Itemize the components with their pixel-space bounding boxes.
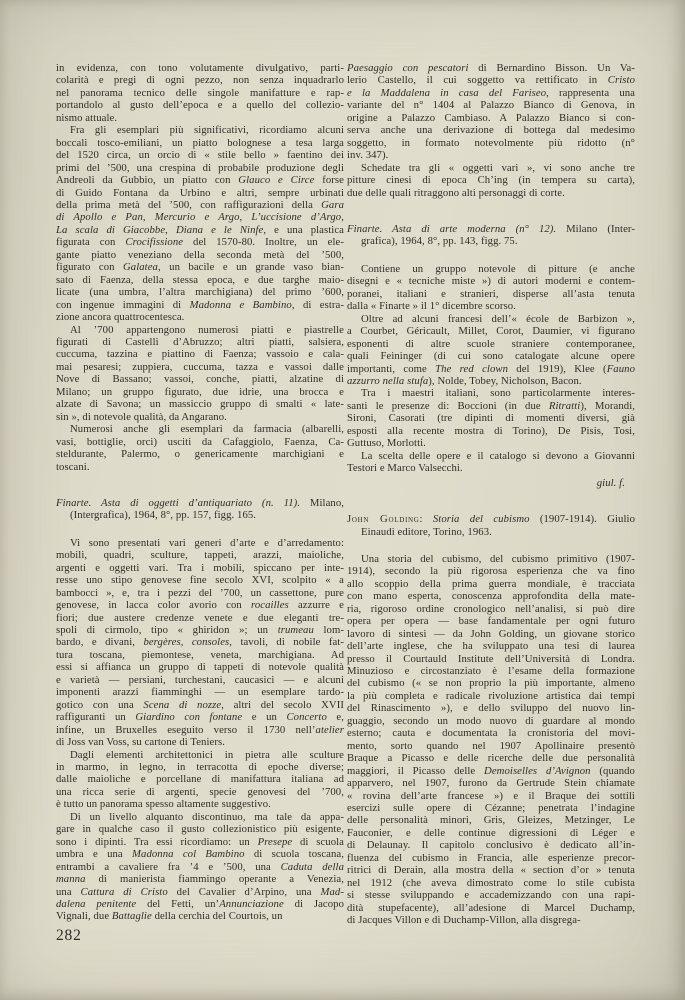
- paragraph: Tra i maestri italiani, sono particolarm…: [347, 387, 635, 449]
- text-line: due delle quali ritraggono alti personag…: [347, 187, 635, 199]
- text-line: lerio Castello, il cui soggetto va retti…: [347, 74, 635, 86]
- paragraph: Oltre ad alcuni francesi dell’« école de…: [347, 313, 635, 388]
- text-line: lavoro di sintesi — da John Golding, un …: [347, 628, 635, 640]
- text-line: Milano; un gruppo figurato, due idrie, u…: [56, 386, 344, 398]
- text-line: sono i dipinti. Tra essi ricordiamo: un …: [56, 836, 344, 848]
- paragraph: Dagli elementi architettonici in pietra …: [56, 749, 344, 811]
- paragraph: Paesaggio con pescatori di Bernardino Bi…: [347, 62, 635, 162]
- text-line: e varietà — persiani, turchestani, cauca…: [56, 674, 344, 686]
- paragraph: Contiene un gruppo notevole di pitture (…: [347, 263, 635, 313]
- text-line: Finarte. Asta di oggetti d’antiquariato …: [56, 497, 344, 509]
- text-line: maggiori, il Picasso delle Demoiselles d…: [347, 765, 635, 777]
- text-line: dell’arte inglese, che ha sviluppato una…: [347, 640, 635, 652]
- text-line: (Intergrafica), 1964, 8°, pp. 157, figg.…: [56, 509, 344, 521]
- text-line: Sironi, Casorati (tre dipinti di momenti…: [347, 412, 635, 424]
- text-line: spoli di cirmolo, tipo « ghiridon »; un …: [56, 624, 344, 636]
- text-line: bardo, e divani, bergères, consoles, tav…: [56, 636, 344, 648]
- text-line: Contiene un gruppo notevole di pitture (…: [347, 263, 635, 275]
- text-line: entrambi a cavaliere fra ’4 e ’500, una …: [56, 861, 344, 873]
- paragraph: La scelta delle opere e il catalogo si d…: [347, 450, 635, 475]
- paragraph: Numerosi anche gli esemplari da farmacia…: [56, 423, 344, 473]
- text-line: argenti e oggetti vari. Tra i mobili, sp…: [56, 562, 344, 574]
- bibliography-entry: Finarte. Asta di oggetti d’antiquariato …: [56, 497, 344, 522]
- text-line: gotico con una Scena di nozze, altri del…: [56, 699, 344, 711]
- text-line: nel 1912 (che aveva dimostrato come lo s…: [347, 877, 635, 889]
- text-line: disegni e « tecniche miste ») di autori …: [347, 275, 635, 287]
- text-line: 1914), secondo la più rigorosa esperienz…: [347, 565, 635, 577]
- text-line: tura toscana, piemontese, veneta, marchi…: [56, 649, 344, 661]
- text-line: Finarte. Asta di arte moderna (n° 12). M…: [347, 223, 635, 235]
- text-line: gare in qualche caso il gusto collezioni…: [56, 823, 344, 835]
- text-line: è tutto un panorama spesso altamente sug…: [56, 798, 344, 810]
- text-line: di Joss van Voss, su cartone di Teniers.: [56, 736, 344, 748]
- text-line: variante del n° 1404 al Palazzo Bianco d…: [347, 99, 635, 111]
- text-line: con mano esperta, conoscenza approfondit…: [347, 590, 635, 602]
- text-line: soggetto, in formato notevolmente più ri…: [347, 137, 635, 149]
- paragraph: Di un livello alquanto discontinuo, ma t…: [56, 811, 344, 923]
- text-line: di Delaunay. Il capitolo conclusivo è de…: [347, 839, 635, 851]
- bibliography-entry: Finarte. Asta di arte moderna (n° 12). M…: [347, 223, 635, 248]
- text-line: pitture cinesi di epoca Ch’ing (in tempe…: [347, 174, 635, 186]
- text-line: Dagli elementi architettonici in pietra …: [56, 749, 344, 761]
- right-column: Paesaggio con pescatori di Bernardino Bi…: [347, 62, 635, 927]
- text-line: colarità e pregi di ogni pezzo, non senz…: [56, 74, 344, 86]
- text-line: figurato con Galatea, un bacile e un gra…: [56, 261, 344, 273]
- text-line: esterno; cauta e documentata la cronisto…: [347, 727, 635, 739]
- text-line: a Courbet, Géricault, Millet, Corot, Dau…: [347, 325, 635, 337]
- text-line: quali Feininger (di cui sono catalogate …: [347, 350, 635, 362]
- text-line: toscani.: [56, 461, 344, 473]
- text-line: vasi, bottiglie, orci) usciti da Cafaggi…: [56, 436, 344, 448]
- text-line: genovese, in lacca color avorio con roca…: [56, 599, 344, 611]
- text-line: e la Maddalena in casa del Fariseo, rapp…: [347, 87, 635, 99]
- text-line: la più completa e radicale rivoluzione a…: [347, 690, 635, 702]
- text-line: ria, rigoroso ordine cronologico nell’an…: [347, 603, 635, 615]
- text-line: boccali tosco-emiliani, un piatto bologn…: [56, 137, 344, 149]
- page-number: 282: [56, 927, 82, 945]
- text-line: Testori e Marco Valsecchi.: [347, 462, 635, 474]
- text-line: importanti, come The red clown del 1919)…: [347, 363, 635, 375]
- text-line: steldurante, Palermo, o genericamente ma…: [56, 448, 344, 460]
- text-line: fiori; due austere credenze venete e due…: [56, 612, 344, 624]
- text-line: gante piatto veneziano della seconda met…: [56, 249, 344, 261]
- reviewer-signature: giul. f.: [347, 477, 635, 489]
- text-line: manna di manierista fiammingo operante a…: [56, 873, 344, 885]
- text-line: mento, sorto quando nel 1907 Apollinaire…: [347, 740, 635, 752]
- text-line: del Rinascimento »), e dello sviluppo de…: [347, 702, 635, 714]
- scanned-journal-page: in evidenza, con tono volutamente divulg…: [0, 0, 685, 1000]
- text-line: di Guido Fontana da Urbino e altri, semp…: [56, 187, 344, 199]
- text-line: apparvero, nel 1907, furono da Gertrude …: [347, 777, 635, 789]
- text-line: guaggio, secondo un modo nuovo di guarda…: [347, 715, 635, 727]
- paragraph: Fra gli esemplari più significativi, ric…: [56, 124, 344, 323]
- text-line: infine, un Bruxelles eseguito verso il 1…: [56, 724, 344, 736]
- text-line: Braque a Picasso e delle ricerche delle …: [347, 752, 635, 764]
- text-line: Vi sono presentati vari generi d’arte e …: [56, 537, 344, 549]
- text-line: figurata con Crocifissione del 1570-80. …: [56, 236, 344, 248]
- text-line: zione ancora quattrocentesca.: [56, 311, 344, 323]
- text-line: serva anche una derivazione di bottega d…: [347, 124, 635, 136]
- text-line: John Golding: Storia del cubismo (1907-1…: [347, 513, 635, 525]
- text-line: dità stupefacente), all’adesione di Marc…: [347, 902, 635, 914]
- text-line: dalena penitente del Fetti, un’Annunciaz…: [56, 898, 344, 910]
- text-line: « rovina dell’arte francese ») e il Braq…: [347, 790, 635, 802]
- paragraph: Una storia del cubismo, del cubismo prim…: [347, 553, 635, 927]
- text-line: in marmo, in legno, in terracotta di epo…: [56, 761, 344, 773]
- text-line: delle personalità minori, Gris, Gleizes,…: [347, 814, 635, 826]
- text-line: del cubismo (« se non proprio la più imp…: [347, 677, 635, 689]
- text-line: santi le presenze di: Boccioni (in due R…: [347, 400, 635, 412]
- text-line: Paesaggio con pescatori di Bernardino Bi…: [347, 62, 635, 74]
- text-line: una Cattura di Cristo del Cavalier d’Arp…: [56, 886, 344, 898]
- text-line: licate (una umbra, l’altra marchigiana) …: [56, 286, 344, 298]
- text-line: Guttuso, Morlotti.: [347, 437, 635, 449]
- left-column: in evidenza, con tono volutamente divulg…: [56, 62, 344, 923]
- text-line: esercizi sulle opere di Cézanne; penetra…: [347, 802, 635, 814]
- text-line: sato di Faenza, della stessa epoca, e du…: [56, 274, 344, 286]
- text-line: giul. f.: [347, 477, 635, 489]
- text-line: resse uno stipo genovese fine secolo XVI…: [56, 574, 344, 586]
- text-line: Fra gli esemplari più significativi, ric…: [56, 124, 344, 136]
- text-line: in evidenza, con tono volutamente divulg…: [56, 62, 344, 74]
- text-line: Vignali, due Battaglie della cerchia del…: [56, 910, 344, 922]
- paragraph: in evidenza, con tono volutamente divulg…: [56, 62, 344, 124]
- text-line: Fauconier, e delle continue digressioni …: [347, 827, 635, 839]
- text-line: figurati di Castelli d’Abruzzo; altri pi…: [56, 336, 344, 348]
- text-line: Tra i maestri italiani, sono particolarm…: [347, 387, 635, 399]
- text-line: esposti alla recente mostra di Torino), …: [347, 425, 635, 437]
- text-line: una ricca serie di argenti, specie genov…: [56, 786, 344, 798]
- text-line: allo scoppio della prima guerra mondiale…: [347, 578, 635, 590]
- text-line: sìn », di notevole qualità, da Angarano.: [56, 411, 344, 423]
- text-line: dalle maioliche e porcellane di manifatt…: [56, 773, 344, 785]
- text-line: esponenti di altre scuole straniere cont…: [347, 338, 635, 350]
- text-line: ritrici di Derain, alla mostra della « s…: [347, 864, 635, 876]
- text-line: della prima metà del ’500, con raffigura…: [56, 199, 344, 211]
- text-line: poranei, italiani e stranieri, disperse …: [347, 288, 635, 300]
- text-line: Una storia del cubismo, del cubismo prim…: [347, 553, 635, 565]
- text-line: azzurro nella stufa), Nolde, Tobey, Nich…: [347, 375, 635, 387]
- paragraph: Vi sono presentati vari generi d’arte e …: [56, 537, 344, 749]
- text-line: origine a Palazzo Cambiaso. A Palazzo Bi…: [347, 112, 635, 124]
- text-line: portandolo al gusto dell’epoca e a quell…: [56, 99, 344, 111]
- text-line: La scala di Giacobbe, Diana e le Ninfe, …: [56, 224, 344, 236]
- text-line: di Jacques Villon e di Duchamp-Villon, a…: [347, 914, 635, 926]
- text-line: mai pesaresi; zuppiera, cuccuma, tazza e…: [56, 361, 344, 373]
- bibliography-entry: John Golding: Storia del cubismo (1907-1…: [347, 513, 635, 538]
- text-line: raffiguranti un Giardino con fontane e u…: [56, 711, 344, 723]
- text-line: nismo attuale.: [56, 112, 344, 124]
- text-line: di Apollo e Pan, Mercurio e Argo, L’ucci…: [56, 211, 344, 223]
- text-line: mobili, quadri, sculture, tappeti, arazz…: [56, 549, 344, 561]
- text-line: del 1520 circa, un orcio di « stile bell…: [56, 149, 344, 161]
- text-line: Nove di Bassano; vassoi, conche, piatti,…: [56, 373, 344, 385]
- paragraph: Schedate tra gli « oggetti vari », vi so…: [347, 162, 635, 199]
- text-line: imponenti arazzi fiamminghi — un esempla…: [56, 686, 344, 698]
- text-line: Numerosi anche gli esemplari da farmacia…: [56, 423, 344, 435]
- text-line: Di un livello alquanto discontinuo, ma t…: [56, 811, 344, 823]
- text-line: essi si affianca un gruppo di tappeti di…: [56, 661, 344, 673]
- text-line: nel panorama tecnico delle singole manif…: [56, 87, 344, 99]
- text-line: opera per opera — base fandamentale per …: [347, 615, 635, 627]
- text-line: Schedate tra gli « oggetti vari », vi so…: [347, 162, 635, 174]
- text-line: Oltre ad alcuni francesi dell’« école de…: [347, 313, 635, 325]
- text-line: con ingenue immagini di Madonna e Bambin…: [56, 299, 344, 311]
- text-line: presso il Courtauld Institute dell’Unive…: [347, 653, 635, 665]
- text-line: bambocci », e, tra i pezzi del ’700, un …: [56, 587, 344, 599]
- text-line: La scelta delle opere e il catalogo si d…: [347, 450, 635, 462]
- text-line: dalla « Finarte » il 1° dicembre scorso.: [347, 300, 635, 312]
- text-line: umbra e una Madonna col Bambino di scuol…: [56, 848, 344, 860]
- text-line: Einaudi editore, Torino, 1963.: [347, 526, 635, 538]
- text-line: inv. 347).: [347, 149, 635, 161]
- text-line: primi del ’500, una crespina di probabil…: [56, 162, 344, 174]
- text-line: Andreoli da Gubbio, un piatto con Glauco…: [56, 174, 344, 186]
- text-line: Minuzioso e circostanziato è l’esame del…: [347, 665, 635, 677]
- text-line: cuccuma, tazzina e piattino di Faenza; v…: [56, 348, 344, 360]
- text-line: fluenza del cubismo in Francia, alle esp…: [347, 852, 635, 864]
- paragraph: Al ’700 appartengono numerosi piatti e p…: [56, 324, 344, 424]
- text-line: si stesse sviluppando e accademizzando c…: [347, 889, 635, 901]
- text-line: Al ’700 appartengono numerosi piatti e p…: [56, 324, 344, 336]
- text-line: grafica), 1964, 8°, pp. 143, figg. 75.: [347, 235, 635, 247]
- text-line: alzate di Savona; un massiccio gruppo di…: [56, 398, 344, 410]
